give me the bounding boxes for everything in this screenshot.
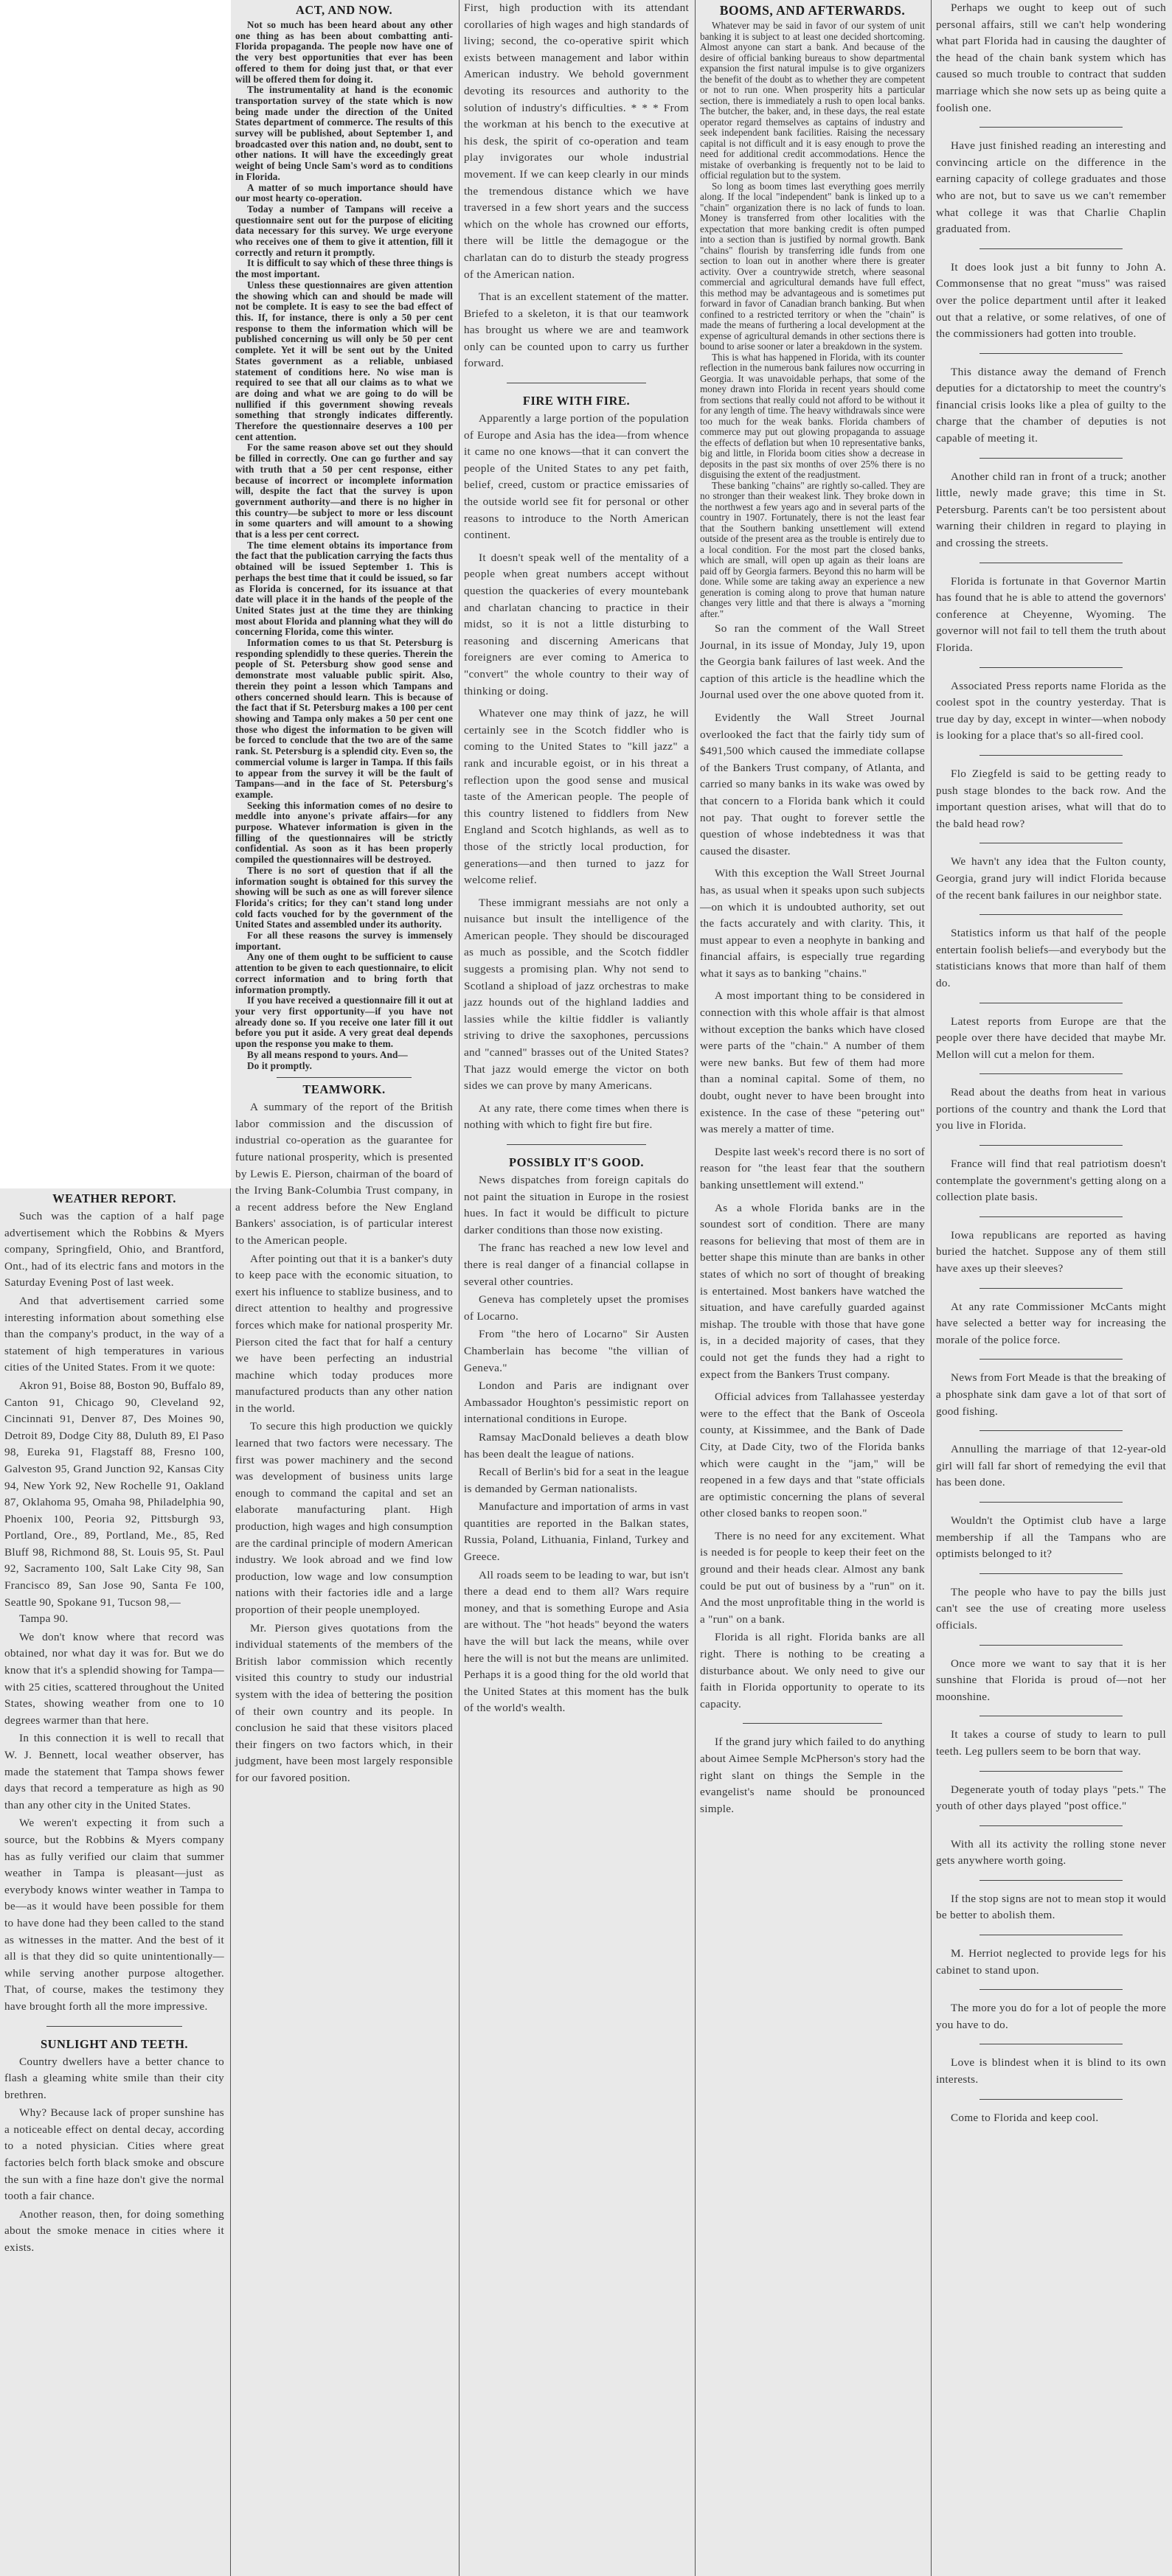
paragraph-item: Iowa republicans are reported as having … <box>936 1228 1166 1278</box>
paragraph: At any rate, there come times when there… <box>464 1101 689 1134</box>
paragraph: In this connection it is well to recall … <box>4 1730 224 1814</box>
paragraph: Another reason, then, for doing somethin… <box>4 2207 224 2257</box>
paragraph: If the grand jury which failed to do any… <box>700 1734 925 1817</box>
paragraph: Unless these questionnaires are given at… <box>235 280 453 443</box>
paragraph-item: Degenerate youth of today plays "pets." … <box>936 1782 1166 1815</box>
paragraph: Ramsay MacDonald believes a death blow h… <box>464 1430 689 1463</box>
paragraph-item: France will find that real patriotism do… <box>936 1156 1166 1206</box>
article-fire-with-fire: FIRE WITH FIRE. Apparently a large porti… <box>464 394 689 1134</box>
divider-rule <box>979 1216 1122 1217</box>
item-grand-jury: If the grand jury which failed to do any… <box>700 1734 925 1817</box>
paragraph: London and Paris are indignant over Amba… <box>464 1378 689 1428</box>
paragraph: A matter of so much importance should ha… <box>235 183 453 204</box>
paragraph-item: We havn't any idea that the Fulton count… <box>936 854 1166 904</box>
paragraph-item: Once more we want to say that it is her … <box>936 1656 1166 1706</box>
divider-rule <box>979 1502 1122 1503</box>
headline: BOOMS, AND AFTERWARDS. <box>700 3 925 18</box>
paragraph-item: Latest reports from Europe are that the … <box>936 1014 1166 1064</box>
divider-rule <box>979 1073 1122 1074</box>
divider-rule <box>979 1935 1122 1935</box>
paragraph-item: Read about the deaths from heat in vario… <box>936 1085 1166 1135</box>
paragraph: Whatever may be said in favor of our sys… <box>700 21 925 181</box>
column-2: ACT, AND NOW. Not so much has been heard… <box>231 0 460 2576</box>
divider-rule <box>979 1359 1122 1360</box>
divider-rule <box>979 127 1122 128</box>
paragraph-item: Have just finished reading an interestin… <box>936 138 1166 238</box>
divider-rule <box>979 458 1122 459</box>
headline: SUNLIGHT AND TEETH. <box>4 2037 224 2052</box>
paragraph: Florida is all right. Florida banks are … <box>700 1629 925 1713</box>
divider-rule <box>979 755 1122 756</box>
paragraph: Any one of them ought to be sufficient t… <box>235 952 453 995</box>
paragraph: Do it promptly. <box>235 1061 453 1072</box>
divider-rule <box>507 1144 646 1145</box>
paragraph: If you have received a questionnaire fil… <box>235 995 453 1050</box>
paragraph: Official advices from Tallahassee yester… <box>700 1389 925 1522</box>
paragraph: Tampa 90. <box>4 1611 224 1628</box>
paragraph: We don't know where that record was obta… <box>4 1629 224 1730</box>
paragraph-item: Another child ran in front of a truck; a… <box>936 469 1166 552</box>
divider-rule <box>979 1771 1122 1772</box>
paragraph: So ran the comment of the Wall Street Jo… <box>700 621 925 704</box>
paragraph: Manufacture and importation of arms in v… <box>464 1499 689 1565</box>
divider-rule <box>979 843 1122 843</box>
paragraph: There is no sort of question that if all… <box>235 866 453 930</box>
paragraph-item: Annulling the marriage of that 12-year-o… <box>936 1441 1166 1491</box>
paragraph: Country dwellers have a better chance to… <box>4 2054 224 2104</box>
divider-rule <box>979 1989 1122 1990</box>
divider-rule <box>979 2099 1122 2100</box>
paragraph: Information comes to us that St. Petersb… <box>235 638 453 801</box>
column-5: Perhaps we ought to keep out of such per… <box>932 0 1172 2576</box>
paragraph: These immigrant messiahs are not only a … <box>464 895 689 1095</box>
article-sunlight-and-teeth: SUNLIGHT AND TEETH. Country dwellers hav… <box>4 2037 224 2257</box>
paragraph-item: It takes a course of study to learn to p… <box>936 1727 1166 1760</box>
headline: POSSIBLY IT'S GOOD. <box>464 1155 689 1170</box>
paragraph: The time element obtains its importance … <box>235 540 453 638</box>
headline: ACT, AND NOW. <box>235 3 453 18</box>
paragraph-item: Wouldn't the Optimist club have a large … <box>936 1513 1166 1563</box>
paragraph: Seeking this information comes of no des… <box>235 801 453 866</box>
paragraph-item: The people who have to pay the bills jus… <box>936 1584 1166 1635</box>
divider-rule <box>979 1145 1122 1146</box>
paragraph: Such was the caption of a half page adve… <box>4 1208 224 1292</box>
paragraph-item: Perhaps we ought to keep out of such per… <box>936 0 1166 116</box>
divider-rule <box>979 1645 1122 1646</box>
paragraph: Why? Because lack of proper sunshine has… <box>4 2105 224 2205</box>
paragraph-item: It does look just a bit funny to John A.… <box>936 260 1166 343</box>
divider-rule <box>979 1573 1122 1574</box>
paragraph: Evidently the Wall Street Journal overlo… <box>700 710 925 860</box>
divider-rule <box>979 1880 1122 1881</box>
paragraph: For all these reasons the survey is imme… <box>235 930 453 952</box>
paragraph: Whatever one may think of jazz, he will … <box>464 706 689 889</box>
headline: TEAMWORK. <box>235 1082 453 1097</box>
paragraph: For the same reason above set out they s… <box>235 442 453 540</box>
city-temperature-list: Akron 91, Boise 88, Boston 90, Buffalo 8… <box>4 1378 224 1611</box>
paragraph-item: At any rate Commissioner McCants might h… <box>936 1299 1166 1349</box>
paragraph: It is difficult to say which of these th… <box>235 258 453 279</box>
paragraph: News dispatches from foreign capitals do… <box>464 1172 689 1239</box>
paragraph: This is what has happened in Florida, wi… <box>700 352 925 481</box>
divider-rule <box>979 914 1122 915</box>
paragraph: And that advertisement carried some inte… <box>4 1293 224 1376</box>
divider-rule <box>979 248 1122 249</box>
divider-rule <box>979 563 1122 563</box>
column-4: BOOMS, AND AFTERWARDS. Whatever may be s… <box>696 0 932 2576</box>
paragraph: From "the hero of Locarno" Sir Austen Ch… <box>464 1326 689 1376</box>
paragraph-item: If the stop signs are not to mean stop i… <box>936 1891 1166 1924</box>
paragraph: As a whole Florida banks are in the soun… <box>700 1200 925 1384</box>
paragraph-item: News from Fort Meade is that the breakin… <box>936 1370 1166 1420</box>
paragraph-item: Florida is fortunate in that Governor Ma… <box>936 574 1166 657</box>
paragraph: Apparently a large portion of the popula… <box>464 411 689 544</box>
paragraph-item: Associated Press reports name Florida as… <box>936 678 1166 745</box>
paragraph: Geneva has completely upset the promises… <box>464 1292 689 1325</box>
column-3: First, high production with its attendan… <box>460 0 696 2576</box>
column-1: WEATHER REPORT. Such was the caption of … <box>0 1188 231 2576</box>
paragraph: A most important thing to be considered … <box>700 988 925 1138</box>
divider-rule <box>277 1077 412 1078</box>
paragraph: The franc has reached a new low level an… <box>464 1240 689 1290</box>
paragraph: By all means respond to yours. And— <box>235 1050 453 1061</box>
blank-area <box>0 0 231 1188</box>
divider-rule <box>979 1716 1122 1716</box>
paragraph: These banking "chains" are rightly so-ca… <box>700 481 925 620</box>
divider-rule <box>507 383 646 383</box>
divider-rule <box>979 353 1122 354</box>
paragraph: All roads seem to be leading to war, but… <box>464 1567 689 1717</box>
paragraph-item: The more you do for a lot of people the … <box>936 2000 1166 2033</box>
divider-rule <box>979 1288 1122 1289</box>
paragraph-item: M. Herriot neglected to provide legs for… <box>936 1946 1166 1979</box>
divider-rule <box>743 1723 882 1724</box>
paragraph: That is an excellent statement of the ma… <box>464 289 689 372</box>
paragraph: A summary of the report of the British l… <box>235 1099 453 1249</box>
paragraph-item: This distance away the demand of French … <box>936 364 1166 448</box>
article-teamwork-continued: First, high production with its attendan… <box>464 0 689 372</box>
divider-rule <box>979 1825 1122 1826</box>
headline: WEATHER REPORT. <box>4 1191 224 1206</box>
paragraph: Despite last week's record there is no s… <box>700 1144 925 1194</box>
paragraph: So long as boom times last everything go… <box>700 181 925 352</box>
paragraph: First, high production with its attendan… <box>464 0 689 283</box>
paragraph: Mr. Pierson gives quotations from the in… <box>235 1621 453 1787</box>
article-weather-report: WEATHER REPORT. Such was the caption of … <box>4 1191 224 2016</box>
article-possibly-its-good: POSSIBLY IT'S GOOD. News dispatches from… <box>464 1155 689 1717</box>
paragraph: Recall of Berlin's bid for a seat in the… <box>464 1464 689 1497</box>
paragraph: With this exception the Wall Street Jour… <box>700 866 925 982</box>
article-booms-and-afterwards: BOOMS, AND AFTERWARDS. Whatever may be s… <box>700 3 925 1713</box>
paragraph: Today a number of Tampans will receive a… <box>235 204 453 259</box>
paragraph: After pointing out that it is a banker's… <box>235 1251 453 1418</box>
paragraph-item: Come to Florida and keep cool. <box>936 2110 1166 2127</box>
paragraph-item: With all its activity the rolling stone … <box>936 1837 1166 1870</box>
paragraph: The instrumentality at hand is the econo… <box>235 85 453 182</box>
paragraph: Not so much has been heard about any oth… <box>235 20 453 85</box>
divider-rule <box>979 2044 1122 2044</box>
divider-rule <box>46 2026 183 2027</box>
paragraph: We weren't expecting it from such a sour… <box>4 1815 224 2015</box>
article-teamwork: TEAMWORK. A summary of the report of the… <box>235 1082 453 1786</box>
headline: FIRE WITH FIRE. <box>464 394 689 408</box>
paragraph-item: Statistics inform us that half of the pe… <box>936 925 1166 992</box>
paragraph: To secure this high production we quickl… <box>235 1418 453 1618</box>
article-act-and-now: ACT, AND NOW. Not so much has been heard… <box>235 3 453 1071</box>
paragraph: There is no need for any excitement. Wha… <box>700 1528 925 1629</box>
paragraph: It doesn't speak well of the mentality o… <box>464 550 689 700</box>
paragraph-item: Love is blindest when it is blind to its… <box>936 2055 1166 2088</box>
paragraph-item: Flo Ziegfeld is said to be getting ready… <box>936 766 1166 832</box>
divider-rule <box>979 667 1122 668</box>
divider-rule <box>979 1430 1122 1431</box>
divider-rule <box>979 1003 1122 1003</box>
